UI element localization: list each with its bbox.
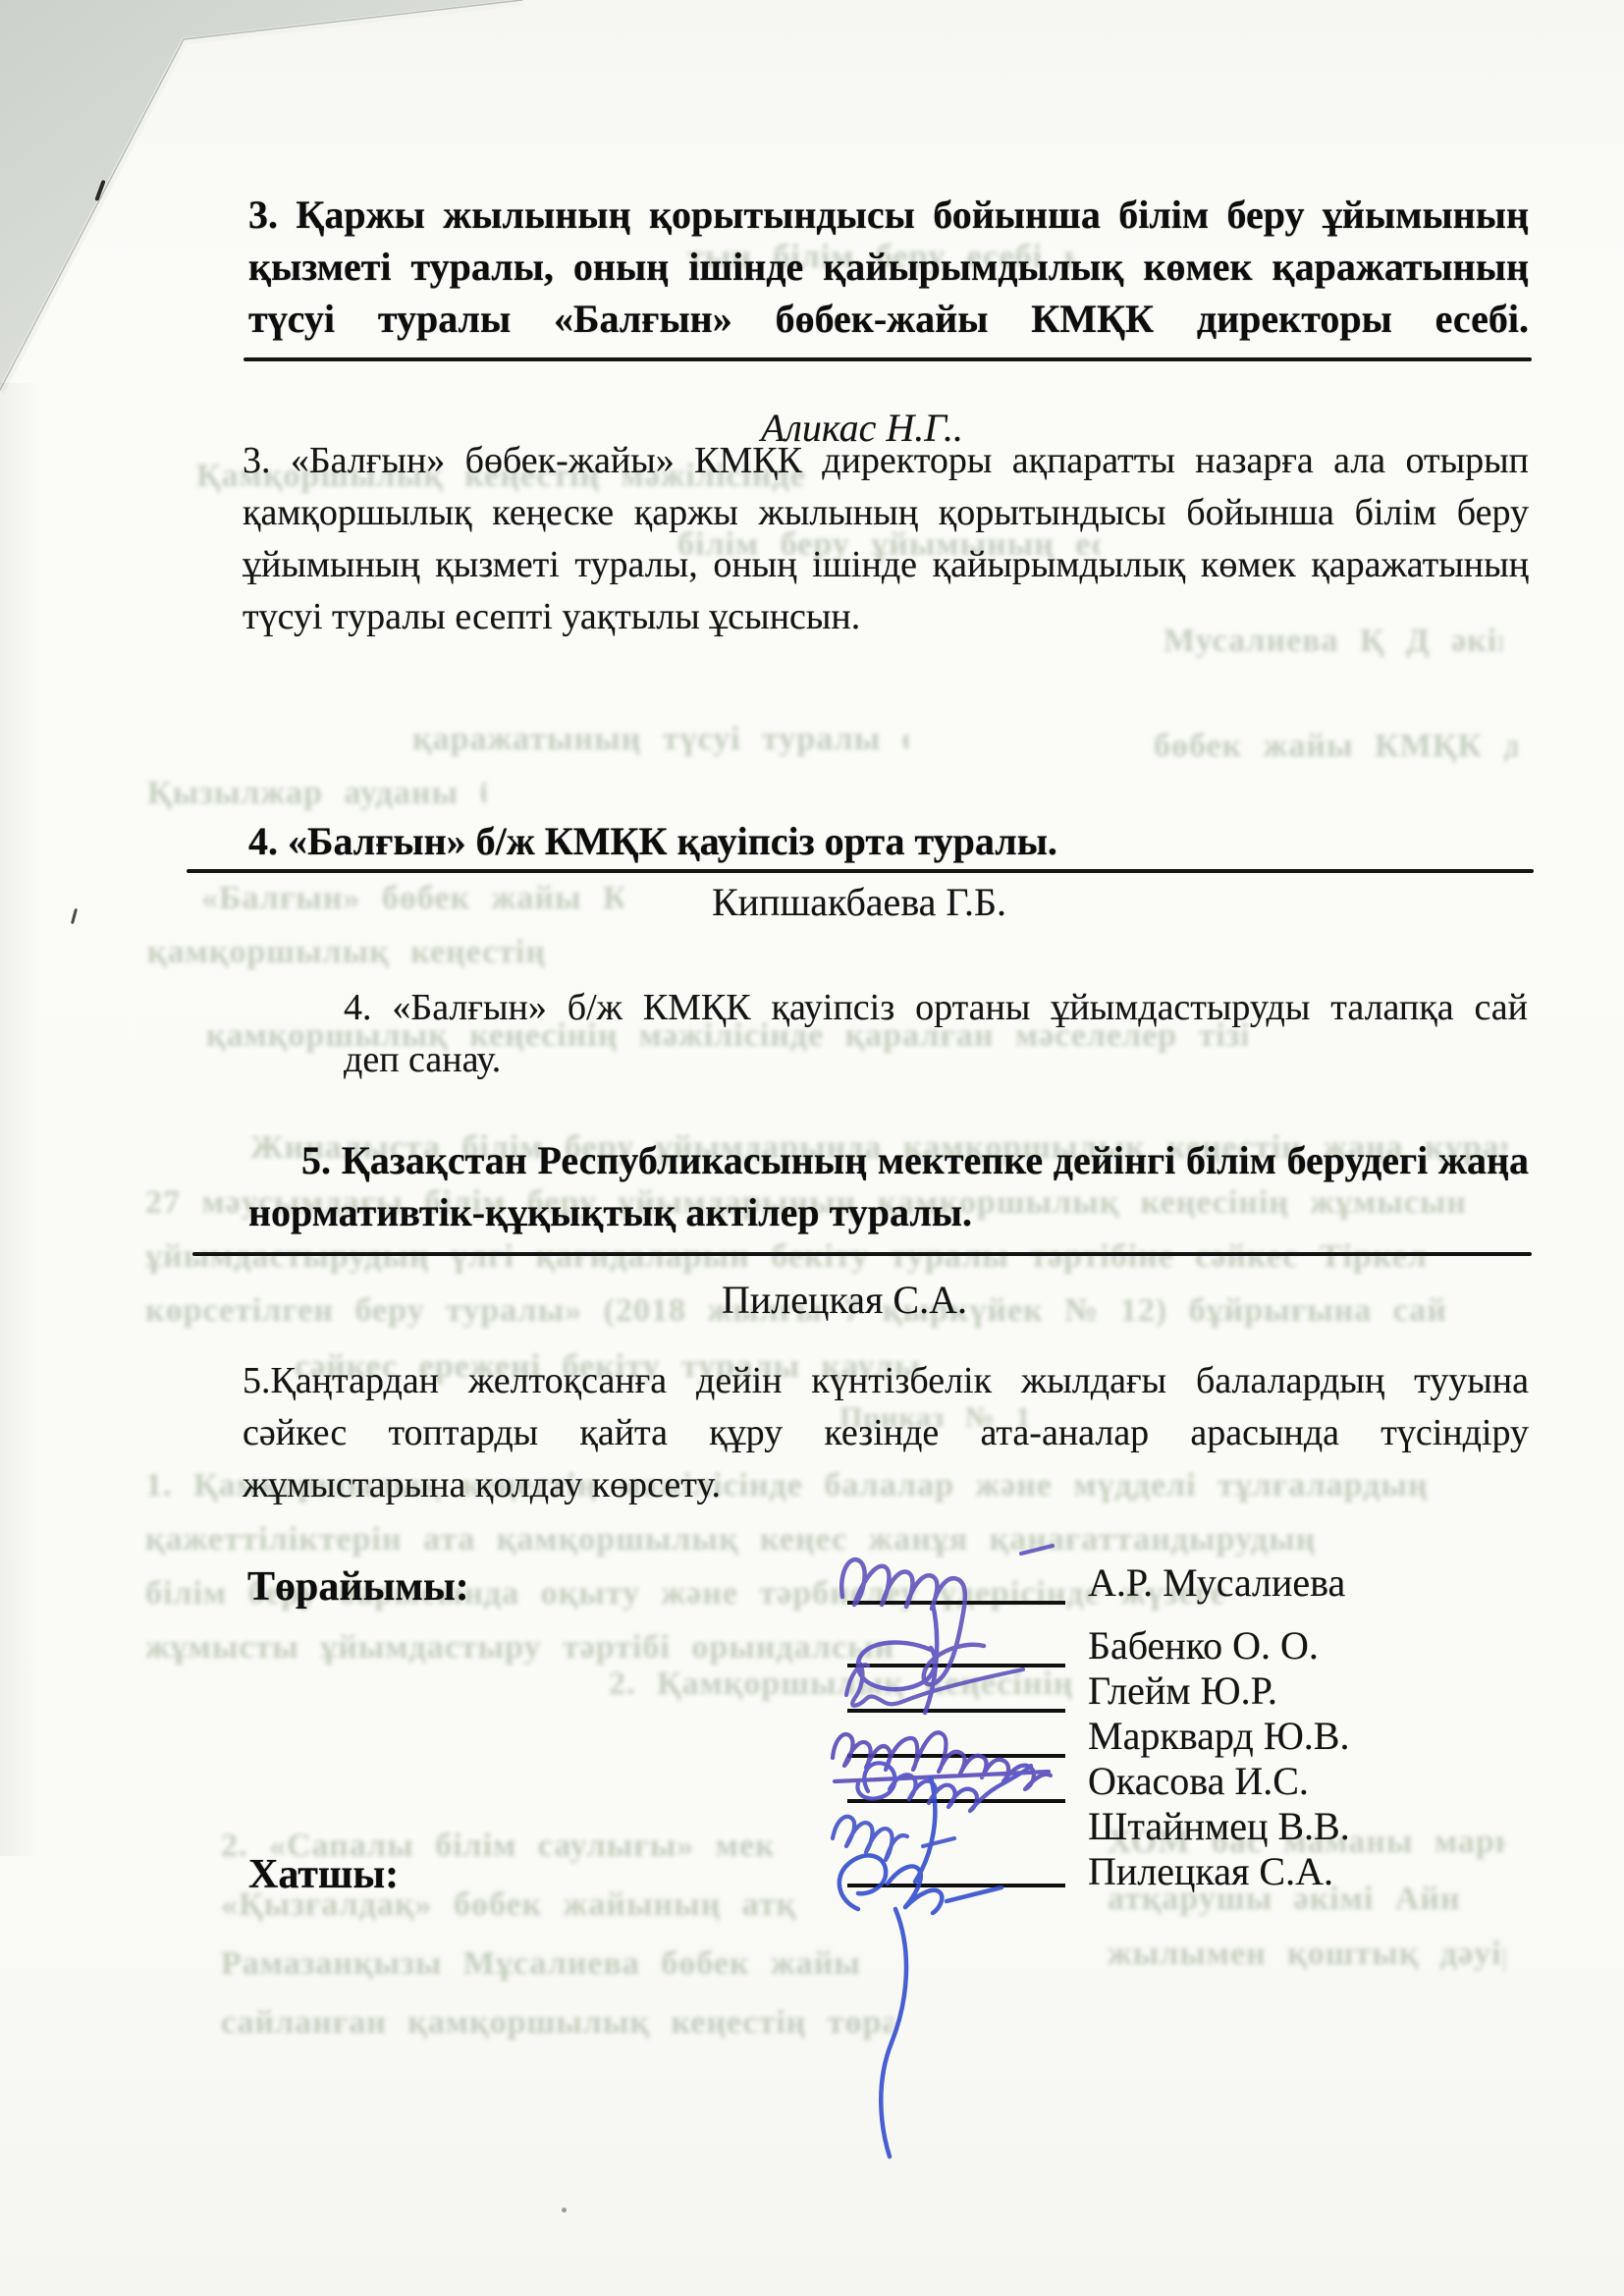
bleedthrough-line: жұмысты ұйымдастыру тәртібі орындалсын — [145, 1629, 1039, 1667]
bleedthrough-line: Қызылжар ауданы білім — [147, 775, 486, 812]
member-signature-line — [847, 1799, 1065, 1803]
heading-line: 4. «Балғын» б/ж КМҚК қауіпсіз орта турал… — [248, 815, 1529, 867]
member-signature-ink — [833, 1817, 954, 1860]
bleedthrough-line: ұйымдастырудың үлгі қағидаларын бекіту т… — [145, 1238, 1520, 1276]
secretary-label: Хатшы: — [248, 1851, 399, 1898]
bleedthrough-line: қажеттіліктерін ата қамқоршылық кеңес жа… — [145, 1521, 1510, 1558]
resolution-5: 5.Қаңтардан желтоқсанға дейін күнтізбелі… — [243, 1355, 1529, 1511]
member-signature-ink — [839, 1777, 1001, 2157]
agenda-item-5-heading: 5. Қазақстан Республикасының мектепке де… — [248, 1134, 1529, 1238]
heading-underline-5 — [192, 1252, 1532, 1256]
speaker-name-4: Кипшакбаева Г.Б. — [248, 879, 1470, 925]
agenda-item-4-heading: 4. «Балғын» б/ж КМҚК қауіпсіз орта турал… — [248, 815, 1529, 867]
resolution-line: түсуі туралы есепті уақтылы ұсынсын. — [243, 591, 1529, 643]
bleedthrough-line: бөбек жайы КМҚК дир — [1154, 728, 1517, 765]
scanner-background-corner — [0, 0, 550, 412]
chair-label: Төрайымы: — [247, 1563, 469, 1611]
chair-name: А.Р. Мусалиева — [1088, 1559, 1345, 1606]
resolution-line: ұйымының қызметі туралы, оның ішінде қай… — [243, 539, 1529, 591]
heading-line: нормативтік-құқықтық актілер туралы. — [248, 1186, 1529, 1238]
member-signature-line — [847, 1754, 1065, 1758]
chair-signature-line — [847, 1601, 1065, 1605]
member-name-3: Окасова И.С. — [1088, 1758, 1309, 1804]
member-name-4: Штайнмец В.В. — [1088, 1803, 1350, 1849]
scan-dot — [562, 2208, 567, 2213]
resolution-4: 4. «Балғын» б/ж КМҚК қауіпсіз ортаны ұйы… — [344, 982, 1528, 1086]
ink-speck — [71, 908, 78, 924]
bleedthrough-line: Рамазанқызы Мұсалиева бөбек жайы — [221, 1945, 913, 1983]
scanned-document-page: тың білім беру есебі нің Қамқоршылық кең… — [0, 0, 1624, 2296]
heading-underline-4 — [187, 869, 1534, 873]
bleedthrough-line: 2. Қамқоршылық кеңесінің шешімі — [609, 1666, 1080, 1703]
resolution-line: 4. «Балғын» б/ж КМҚК қауіпсіз ортаны ұйы… — [344, 982, 1528, 1034]
signature-dash-ink — [1021, 1546, 1053, 1554]
signature-ink-overlay — [785, 1520, 1110, 2168]
member-name-1: Глейм Ю.Р. — [1088, 1667, 1277, 1714]
resolution-line: жұмыстарына қолдау көрсету. — [243, 1459, 1529, 1511]
bleedthrough-line: қаражатының түсуі туралы есеп — [412, 721, 908, 758]
bleedthrough-line: жылымен қоштық дәуірге — [1108, 1936, 1505, 1973]
chair-flourish-ink — [858, 1605, 937, 1713]
resolution-line: 5.Қаңтардан желтоқсанға дейін күнтізбелі… — [243, 1355, 1529, 1407]
heading-line: 5. Қазақстан Республикасының мектепке де… — [248, 1134, 1529, 1186]
resolution-line: деп санау. — [344, 1034, 1528, 1086]
resolution-line: қамқоршылық кеңеске қаржы жылының қорыты… — [243, 487, 1529, 539]
member-signature-ink — [833, 1732, 1051, 1789]
member-signature-line — [847, 1884, 1065, 1887]
member-name-5: Пилецкая С.А. — [1088, 1848, 1333, 1894]
bleedthrough-line: қамқоршылық кеңестің құрамы — [147, 934, 545, 971]
member-name-2: Марквард Ю.В. — [1088, 1713, 1349, 1759]
resolution-line: сәйкес топтарды қайта құру кезінде ата-а… — [243, 1407, 1529, 1459]
member-signature-line — [847, 1664, 1065, 1667]
left-edge-shadow — [0, 383, 41, 1856]
member-signature-ink — [846, 1664, 1023, 1706]
member-signature-line — [847, 1709, 1065, 1713]
bleedthrough-line: сайланған қамқоршылық кеңестің төрағасы — [221, 2004, 893, 2042]
resolution-line: 3. «Балғын» бөбек-жайы» КМҚК директоры а… — [243, 435, 1529, 487]
corner-wedge-shape — [0, 0, 522, 390]
speaker-name-5: Пилецкая С.А. — [248, 1277, 1440, 1323]
member-signature-ink — [857, 1763, 1031, 1811]
member-name-0: Бабенко О. О. — [1088, 1622, 1319, 1668]
resolution-3: 3. «Балғын» бөбек-жайы» КМҚК директоры а… — [243, 435, 1529, 643]
